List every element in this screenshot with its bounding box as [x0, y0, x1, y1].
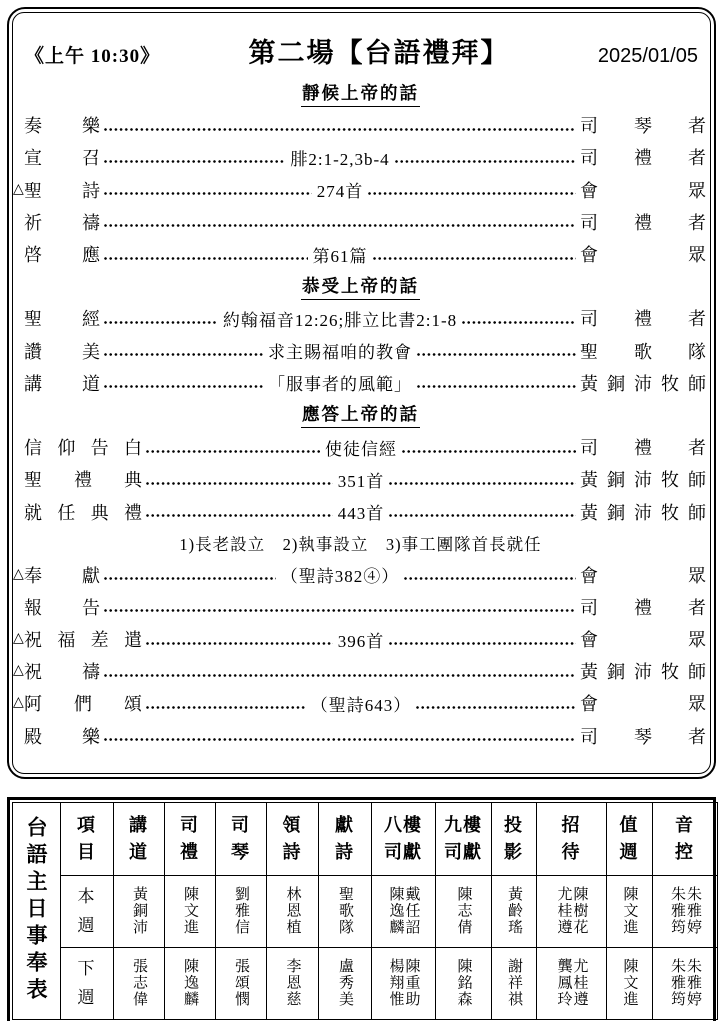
roster-header-cell: 值 週	[606, 802, 652, 875]
stand-triangle-icon: △	[13, 696, 27, 710]
person-name: 陳志倩	[456, 886, 471, 936]
service-time: 《上午 10:30》	[25, 41, 160, 68]
roster-name-cell: 謝祥祺	[491, 947, 536, 1019]
section-heading: 應答上帝的話	[13, 399, 708, 431]
item-label: 啓應	[24, 241, 100, 267]
page-title: 第二場【台語禮拜】	[248, 31, 509, 70]
roster-name-cell: 陳志倩	[435, 875, 491, 947]
name-group: 戴任詔陳逸麟	[372, 886, 435, 936]
roster-name-cell: 陳銘森	[435, 947, 491, 1019]
service-item-row: 就任典禮443首黃銅沛牧師	[13, 495, 708, 527]
roster-name-cell: 張頌憫	[215, 947, 266, 1019]
roster-header-row: 台語主日事奉表項 目講 道司 禮司 琴領 詩獻 詩八樓 司獻九樓 司獻投 影招 …	[12, 802, 717, 875]
dot-leader	[104, 192, 312, 195]
roster-name-cell: 張志偉	[113, 947, 164, 1019]
item-performer: 司禮者	[580, 144, 706, 170]
service-item-row: 報告司禮者	[13, 591, 708, 623]
stand-triangle-icon: △	[13, 568, 27, 582]
person-name: 盧秀美	[337, 958, 352, 1008]
roster-row-label: 下 週	[60, 947, 113, 1019]
program-box-inner: 《上午 10:30》 第二場【台語禮拜】 2025/01/05 靜候上帝的話奏樂…	[12, 12, 711, 774]
item-detail: 腓2:1-2,3b-4	[289, 145, 390, 170]
item-performer: 會眾	[580, 690, 706, 716]
item-detail: 274首	[316, 177, 365, 202]
program-body: 靜候上帝的話奏樂司琴者宣召腓2:1-2,3b-4司禮者△聖詩274首會眾祈禱司禮…	[13, 77, 708, 752]
dot-leader	[104, 321, 218, 324]
roster-name-cell: 陳文進	[606, 947, 652, 1019]
person-name: 陳重助	[404, 958, 419, 1008]
person-name: 林恩植	[285, 886, 300, 936]
roster-name-cell: 陳樹花尤桂遵	[536, 875, 606, 947]
name-group: 朱雅婷朱雅筠	[653, 886, 717, 936]
roster-header-cell: 講 道	[113, 802, 164, 875]
item-detail: （聖詩382④）	[280, 562, 401, 587]
item-label: 聖詩	[24, 177, 100, 203]
name-group: 林恩植	[267, 886, 318, 936]
item-label: 聖經	[24, 305, 100, 331]
person-name: 陳逸麟	[182, 958, 197, 1008]
name-group: 張頌憫	[216, 958, 266, 1008]
name-group: 陳重助楊翔惟	[372, 958, 435, 1008]
dot-leader	[389, 514, 576, 517]
service-item-row: △聖詩274首會眾	[13, 174, 708, 206]
name-group: 李恩慈	[267, 958, 318, 1008]
person-name: 李恩慈	[285, 958, 300, 1008]
roster-name-cell: 陳文進	[164, 875, 215, 947]
name-group: 陳志倩	[436, 886, 491, 936]
roster-name-cell: 黃銅沛	[113, 875, 164, 947]
service-item-row: △祝禱黃銅沛牧師	[13, 655, 708, 687]
item-performer: 司琴者	[580, 723, 706, 749]
person-name: 聖歌隊	[337, 886, 352, 936]
roster-tbody: 台語主日事奉表項 目講 道司 禮司 琴領 詩獻 詩八樓 司獻九樓 司獻投 影招 …	[12, 802, 717, 1019]
dot-leader	[417, 385, 576, 388]
dot-leader	[146, 706, 306, 709]
item-label: 就任典禮	[24, 499, 142, 525]
roster-name-cell: 林恩植	[266, 875, 318, 947]
name-group: 聖歌隊	[319, 886, 371, 936]
dot-leader	[146, 642, 333, 645]
dot-leader	[417, 353, 576, 356]
dot-leader	[104, 224, 576, 227]
item-label: 祝禱	[24, 658, 100, 684]
service-item-row: 殿樂司琴者	[13, 720, 708, 752]
service-date: 2025/01/05	[598, 45, 698, 68]
item-label: 聖禮典	[24, 466, 142, 492]
roster-table-box: 台語主日事奉表項 目講 道司 禮司 琴領 詩獻 詩八樓 司獻九樓 司獻投 影招 …	[7, 797, 716, 1021]
dot-leader	[146, 450, 320, 453]
name-group: 陳文進	[607, 958, 652, 1008]
roster-name-cell: 劉雅信	[215, 875, 266, 947]
person-name: 陳樹花	[572, 886, 587, 936]
roster-name-cell: 朱雅婷朱雅筠	[652, 947, 717, 1019]
roster-name-cell: 李恩慈	[266, 947, 318, 1019]
person-name: 朱雅筠	[669, 958, 684, 1008]
item-performer: 司琴者	[580, 112, 706, 138]
item-detail: 第61篇	[312, 242, 369, 267]
item-performer: 黃銅沛牧師	[580, 499, 706, 525]
item-performer: 會眾	[580, 177, 706, 203]
roster-header-cell: 八樓 司獻	[371, 802, 435, 875]
person-name: 陳文進	[622, 958, 637, 1008]
roster-name-cell: 黃齡瑤	[491, 875, 536, 947]
program-header: 《上午 10:30》 第二場【台語禮拜】 2025/01/05	[13, 21, 710, 73]
item-performer: 司禮者	[580, 209, 706, 235]
item-detail: 351首	[337, 467, 386, 492]
person-name: 陳銘森	[456, 958, 471, 1008]
item-label: 奉獻	[24, 562, 100, 588]
dot-leader	[104, 128, 576, 131]
name-group: 黃齡瑤	[492, 886, 536, 936]
item-label: 宣召	[24, 144, 100, 170]
dot-leader	[104, 385, 263, 388]
service-item-row: 啓應第61篇會眾	[13, 238, 708, 270]
roster-header-cell: 項 目	[60, 802, 113, 875]
person-name: 朱雅婷	[685, 886, 700, 936]
item-performer: 黃銅沛牧師	[580, 370, 706, 396]
item-label: 殿樂	[24, 723, 100, 749]
service-item-row: 讚美求主賜福咱的教會聖歌隊	[13, 335, 708, 367]
item-label: 信仰告白	[24, 434, 142, 460]
person-name: 楊翔惟	[388, 958, 403, 1008]
roster-row-label: 本 週	[60, 875, 113, 947]
item-label: 祝福差遣	[24, 626, 142, 652]
section-heading-text: 靜候上帝的話	[301, 80, 420, 107]
person-name: 陳文進	[622, 886, 637, 936]
item-label: 阿們頌	[24, 690, 142, 716]
stand-triangle-icon: △	[13, 183, 27, 197]
service-item-row: △奉獻（聖詩382④）會眾	[13, 559, 708, 591]
person-name: 龔鳳玲	[556, 958, 571, 1008]
roster-header-cell: 招 待	[536, 802, 606, 875]
roster-header-cell: 九樓 司獻	[435, 802, 491, 875]
section-heading: 靜候上帝的話	[13, 77, 708, 109]
dot-leader	[104, 674, 576, 677]
dot-leader	[104, 609, 576, 612]
service-item-row: △祝福差遣396首會眾	[13, 623, 708, 655]
dot-leader	[389, 642, 576, 645]
dot-leader	[146, 514, 333, 517]
name-group: 謝祥祺	[492, 958, 536, 1008]
item-detail: （聖詩643）	[310, 691, 413, 716]
dot-leader	[373, 257, 577, 260]
roster-name-cell: 朱雅婷朱雅筠	[652, 875, 717, 947]
dot-leader	[146, 482, 333, 485]
name-group: 陳銘森	[436, 958, 491, 1008]
person-name: 朱雅筠	[669, 886, 684, 936]
dot-leader	[402, 450, 576, 453]
dot-leader	[104, 577, 276, 580]
person-name: 黃齡瑤	[506, 886, 521, 936]
person-name: 尤桂遵	[556, 886, 571, 936]
person-name: 尤桂遵	[572, 958, 587, 1008]
person-name: 陳逸麟	[388, 886, 403, 936]
person-name: 謝祥祺	[506, 958, 521, 1008]
person-name: 戴任詔	[404, 886, 419, 936]
item-performer: 會眾	[580, 626, 706, 652]
name-group: 盧秀美	[319, 958, 371, 1008]
dot-leader	[104, 257, 308, 260]
roster-header-cell: 獻 詩	[318, 802, 371, 875]
item-label: 祈禱	[24, 209, 100, 235]
name-group: 陳文進	[607, 886, 652, 936]
service-item-row: 宣召腓2:1-2,3b-4司禮者	[13, 141, 708, 173]
item-detail: 396首	[337, 627, 386, 652]
dot-leader	[416, 706, 576, 709]
service-item-row: 祈禱司禮者	[13, 206, 708, 238]
service-item-row: 聖禮典351首黃銅沛牧師	[13, 463, 708, 495]
item-performer: 司禮者	[580, 434, 706, 460]
service-item-row: 信仰告白使徒信經司禮者	[13, 431, 708, 463]
item-performer: 司禮者	[580, 305, 706, 331]
roster-header-cell: 領 詩	[266, 802, 318, 875]
dot-leader	[104, 160, 285, 163]
person-name: 張頌憫	[233, 958, 248, 1008]
item-performer: 司禮者	[580, 594, 706, 620]
dot-leader	[368, 192, 576, 195]
item-performer: 會眾	[580, 562, 706, 588]
item-detail: 443首	[337, 499, 386, 524]
program-box: 《上午 10:30》 第二場【台語禮拜】 2025/01/05 靜候上帝的話奏樂…	[7, 7, 716, 779]
dot-leader	[104, 738, 576, 741]
name-group: 陳逸麟	[165, 958, 215, 1008]
dot-leader	[104, 353, 263, 356]
item-label: 報告	[24, 594, 100, 620]
name-group: 陳文進	[165, 886, 215, 936]
name-group: 陳樹花尤桂遵	[537, 886, 606, 936]
person-name: 朱雅婷	[685, 958, 700, 1008]
name-group: 劉雅信	[216, 886, 266, 936]
roster-name-cell: 尤桂遵龔鳳玲	[536, 947, 606, 1019]
dot-leader	[462, 321, 576, 324]
service-item-row: 講道「服事者的風範」黃銅沛牧師	[13, 367, 708, 399]
person-name: 劉雅信	[233, 886, 248, 936]
roster-name-cell: 陳文進	[606, 875, 652, 947]
stand-triangle-icon: △	[13, 632, 27, 646]
name-group: 朱雅婷朱雅筠	[653, 958, 717, 1008]
roster-header-cell: 司 禮	[164, 802, 215, 875]
item-performer: 黃銅沛牧師	[580, 658, 706, 684]
roster-table: 台語主日事奉表項 目講 道司 禮司 琴領 詩獻 詩八樓 司獻九樓 司獻投 影招 …	[12, 802, 718, 1020]
item-label: 讚美	[24, 338, 100, 364]
section-heading: 恭受上帝的話	[13, 270, 708, 302]
item-detail: 使徒信經	[324, 435, 398, 460]
person-name: 張志偉	[131, 958, 146, 1008]
dot-leader	[395, 160, 576, 163]
item-detail: 約翰福音12:26;腓立比書2:1-8	[222, 306, 458, 331]
dot-leader	[389, 482, 576, 485]
service-item-row: 聖經約翰福音12:26;腓立比書2:1-8司禮者	[13, 302, 708, 334]
roster-header-cell: 投 影	[491, 802, 536, 875]
service-item-row: 奏樂司琴者	[13, 109, 708, 141]
person-name: 陳文進	[182, 886, 197, 936]
roster-name-cell: 戴任詔陳逸麟	[371, 875, 435, 947]
name-group: 尤桂遵龔鳳玲	[537, 958, 606, 1008]
name-group: 黃銅沛	[114, 886, 164, 936]
item-label: 講道	[24, 370, 100, 396]
roster-body-row: 下 週張志偉陳逸麟張頌憫李恩慈盧秀美陳重助楊翔惟陳銘森謝祥祺尤桂遵龔鳳玲陳文進朱…	[12, 947, 717, 1019]
item-note: 1)長老設立 2)執事設立 3)事工團隊首長就任	[13, 528, 708, 559]
roster-header-cell: 司 琴	[215, 802, 266, 875]
stand-triangle-icon: △	[13, 664, 27, 678]
item-detail: 求主賜福咱的教會	[267, 338, 413, 363]
roster-name-cell: 盧秀美	[318, 947, 371, 1019]
name-group: 張志偉	[114, 958, 164, 1008]
dot-leader	[404, 577, 576, 580]
roster-name-cell: 聖歌隊	[318, 875, 371, 947]
section-heading-text: 應答上帝的話	[301, 401, 420, 428]
roster-corner-label: 台語主日事奉表	[12, 802, 60, 1019]
roster-name-cell: 陳逸麟	[164, 947, 215, 1019]
item-label: 奏樂	[24, 112, 100, 138]
roster-name-cell: 陳重助楊翔惟	[371, 947, 435, 1019]
roster-header-cell: 音 控	[652, 802, 717, 875]
person-name: 黃銅沛	[131, 886, 146, 936]
item-performer: 黃銅沛牧師	[580, 466, 706, 492]
item-performer: 聖歌隊	[580, 338, 706, 364]
section-heading-text: 恭受上帝的話	[301, 273, 420, 300]
item-detail: 「服事者的風範」	[267, 370, 413, 395]
roster-body-row: 本 週黃銅沛陳文進劉雅信林恩植聖歌隊戴任詔陳逸麟陳志倩黃齡瑤陳樹花尤桂遵陳文進朱…	[12, 875, 717, 947]
service-item-row: △阿們頌（聖詩643）會眾	[13, 687, 708, 719]
item-performer: 會眾	[580, 241, 706, 267]
